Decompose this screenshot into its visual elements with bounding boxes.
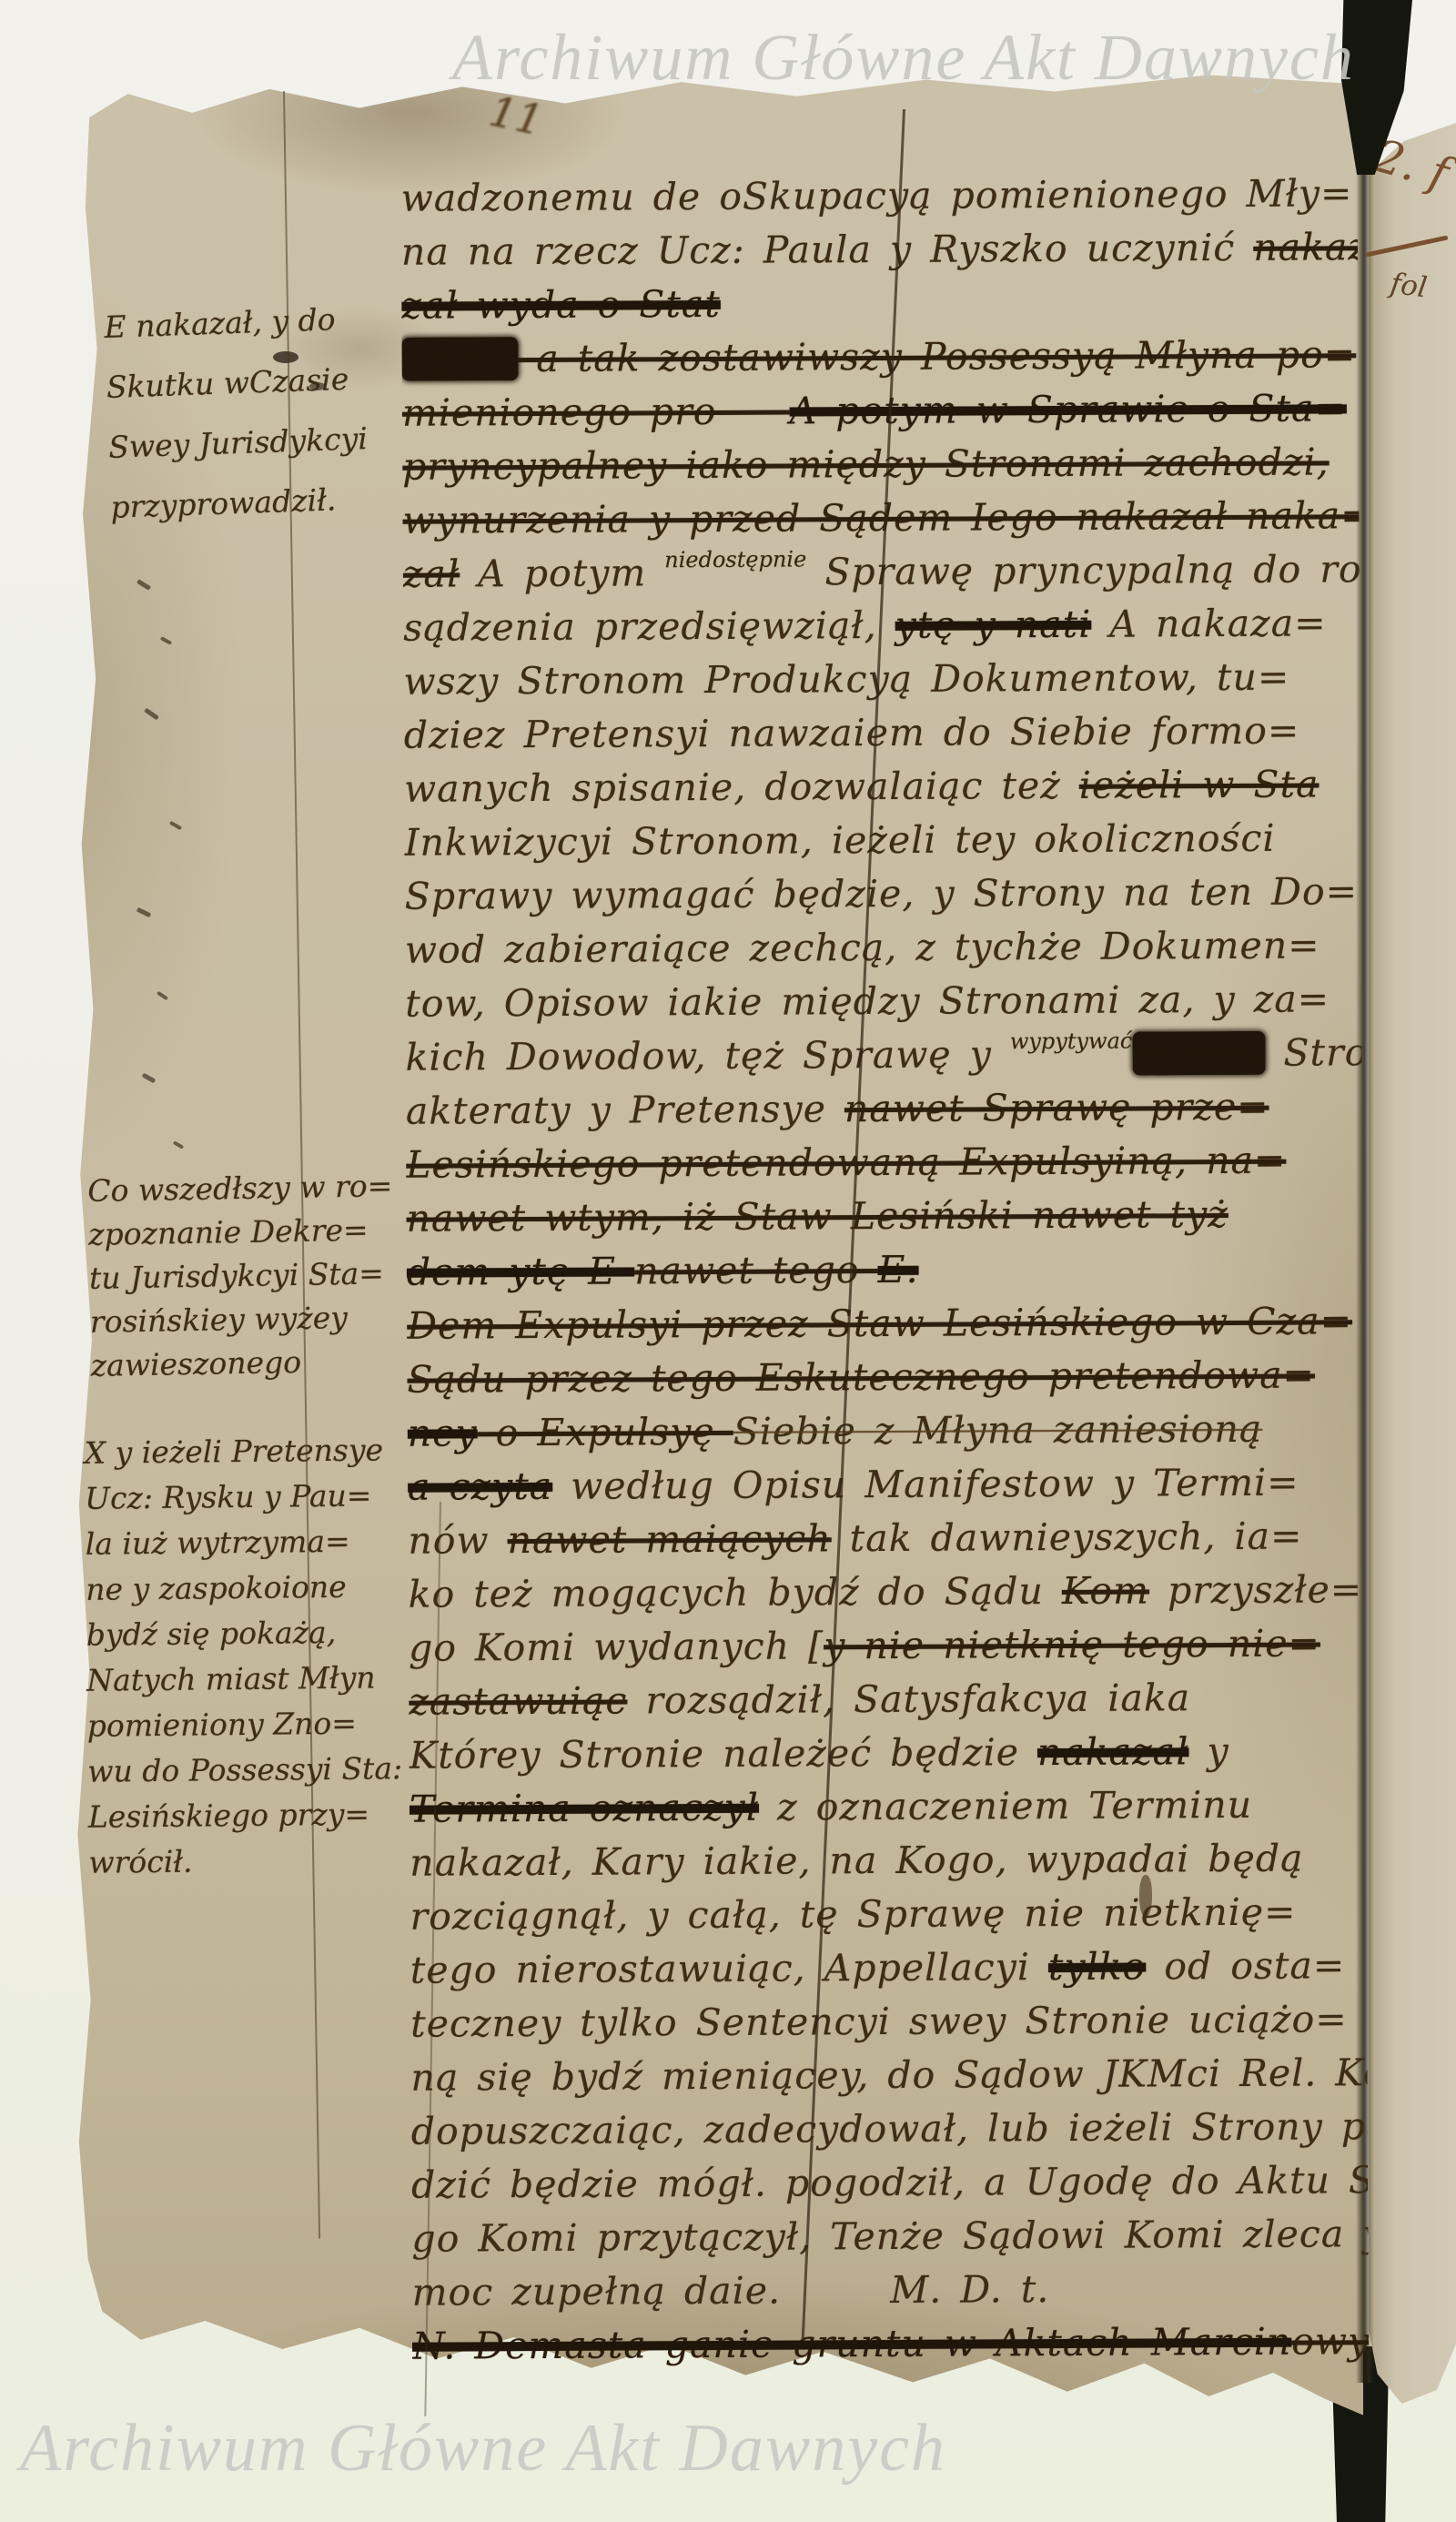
text-line: Lesińskiego pretendowaną Expulsyiną, na= <box>406 1133 1362 1192</box>
margin-note-line: Swey Jurisdykcyi <box>107 409 369 478</box>
manuscript-scan: 11 2. f fol E nakazał, y doSkutku wCzasi… <box>0 0 1456 2522</box>
margin-note-line: X y ieżeli Pretensye <box>84 1427 399 1476</box>
margin-note-line: wu do Possessyi Sta: <box>87 1746 402 1795</box>
margin-note: X y ieżeli PretensyeUcz: Rysku y Pau=la … <box>84 1427 403 1886</box>
margin-note-line: tu Jurisdykcyi Sta= <box>89 1251 395 1301</box>
text-line: wadzonemu de oSkupacyą pomienionego Mły= <box>401 167 1358 226</box>
text-line: wod zabieraiące zechcą, z tychże Dokumen… <box>405 918 1361 977</box>
text-line: tego nierostawuiąc, Appellacyi tylko od … <box>410 1939 1367 1998</box>
text-line: nów nawet maiących tak dawnieyszych, ia= <box>408 1509 1364 1568</box>
margin-note-line: Skutku wCzasie <box>106 349 367 418</box>
text-line: Dem Expulsyi przez Staw Lesińskiego w Cz… <box>407 1294 1363 1353</box>
margin-note-line: ne y zaspokoione <box>86 1564 400 1613</box>
text-line: rozciągnął, y całą, tę Sprawę nie nietkn… <box>409 1885 1366 1944</box>
text-line: ną się bydź mieniącey, do Sądow JKMci Re… <box>410 2046 1367 2105</box>
margin-note-line: wrócił. <box>88 1837 403 1886</box>
text-line: a czyta według Opisu Manifestow y Termi= <box>408 1455 1364 1514</box>
text-line: akteraty y Pretensye nawet Sprawę prze= <box>406 1079 1362 1139</box>
margin-note: E nakazał, y doSkutku wCzasieSwey Jurisd… <box>103 289 370 538</box>
text-line: dem ytę E nawet tego E. <box>407 1241 1363 1300</box>
text-line: dopuszczaiąc, zadecydował, lub ieżeli St… <box>411 2100 1368 2159</box>
text-line: wanych spisanie, dozwalaiąc też ieżeli w… <box>404 757 1360 816</box>
margin-note-line: E nakazał, y do <box>103 289 364 358</box>
margin-note-line: zawieszonego <box>90 1339 396 1388</box>
text-line: na na rzecz Ucz: Paula y Ryszko uczynić … <box>401 220 1358 279</box>
text-line: dzić będzie mógł. pogodził, a Ugodę do A… <box>411 2153 1368 2213</box>
text-line: ko też mogących bydź do Sądu Kom przyszł… <box>409 1563 1365 1622</box>
text-line: pryncypalney iako między Stronami zachod… <box>402 435 1359 494</box>
text-line: kazał, a tak zostawiwszy Possessyą Młyna… <box>401 328 1358 387</box>
text-line: wszy Stronom Produkcyą Dokumentow, tu= <box>403 650 1360 709</box>
text-line: kich Dowodow, tęż Sprawę y wypytywaćmien… <box>405 1026 1361 1085</box>
text-line: ney o Expulsyę Siebie z Młyna zaniesioną <box>408 1402 1364 1461</box>
text-line: tow, Opisow iakie między Stronami za, y … <box>405 972 1361 1031</box>
text-line: nakazał, Kary iakie, na Kogo, wypadai bę… <box>409 1831 1366 1890</box>
text-line: wynurzenia y przed Sądem Iego nakazał na… <box>402 489 1359 548</box>
margin-note-line: pomieniony Zno= <box>87 1700 402 1749</box>
text-line: Którey Stronie należeć będzie nakazał y <box>409 1724 1365 1783</box>
margin-note-line: przyprowadził. <box>109 469 370 538</box>
margin-note-line: Natych miast Młyn <box>86 1655 401 1704</box>
margin-note-line: Co wszedłszy w ro= <box>87 1164 393 1213</box>
text-line: zał wyda o Stat <box>401 274 1358 333</box>
margin-note: Co wszedłszy w ro=zpoznanie Dekre=tu Jur… <box>87 1164 396 1388</box>
margin-note-line: rosińskiey wyżey <box>89 1295 395 1344</box>
folio-label: fol <box>1389 267 1430 304</box>
text-line: Inkwizycyi Stronom, ieżeli tey okoliczno… <box>404 811 1360 870</box>
text-line: dziez Pretensyi nawzaiem do Siebie formo… <box>404 704 1360 763</box>
text-line: go Komi wydanych [y nie nietknię tego ni… <box>409 1616 1365 1676</box>
text-line: nawet wtym, iż Staw Lesiński nawet tyż <box>406 1187 1362 1246</box>
next-page-edge <box>1369 118 1456 2408</box>
text-line: Sprawy wymagać będzie, y Strony na ten D… <box>405 865 1361 924</box>
text-line: mienionego pro A potym w Sprawie o Sta= <box>402 381 1359 441</box>
text-line: N. Demasta ganie gruntu w Aktach Marcino… <box>412 2314 1369 2374</box>
text-line: Termina oznaczył z oznaczeniem Terminu <box>409 1778 1366 1837</box>
margin-note-line: Ucz: Rysku y Pau= <box>85 1473 399 1522</box>
text-line: teczney tylko Sentencyi swey Stronie uci… <box>410 1992 1367 2051</box>
margin-note-line: zpoznanie Dekre= <box>88 1208 394 1257</box>
text-line: go Komi przytączył, Tenże Sądowi Komi zl… <box>411 2207 1368 2266</box>
text-line: moc zupełną daie. M. D. t. <box>412 2261 1369 2320</box>
margin-note-line: bydź się pokażą, <box>86 1609 400 1658</box>
text-line: zastawuiąc rozsądził, Satysfakcya iaka <box>409 1670 1365 1729</box>
margin-note-line: Lesińskiego przy= <box>88 1791 403 1840</box>
margin-note-line: la iuż wytrzyma= <box>85 1518 399 1567</box>
text-line: Sądu przez tego Eskutecznego pretendowa= <box>407 1348 1363 1407</box>
